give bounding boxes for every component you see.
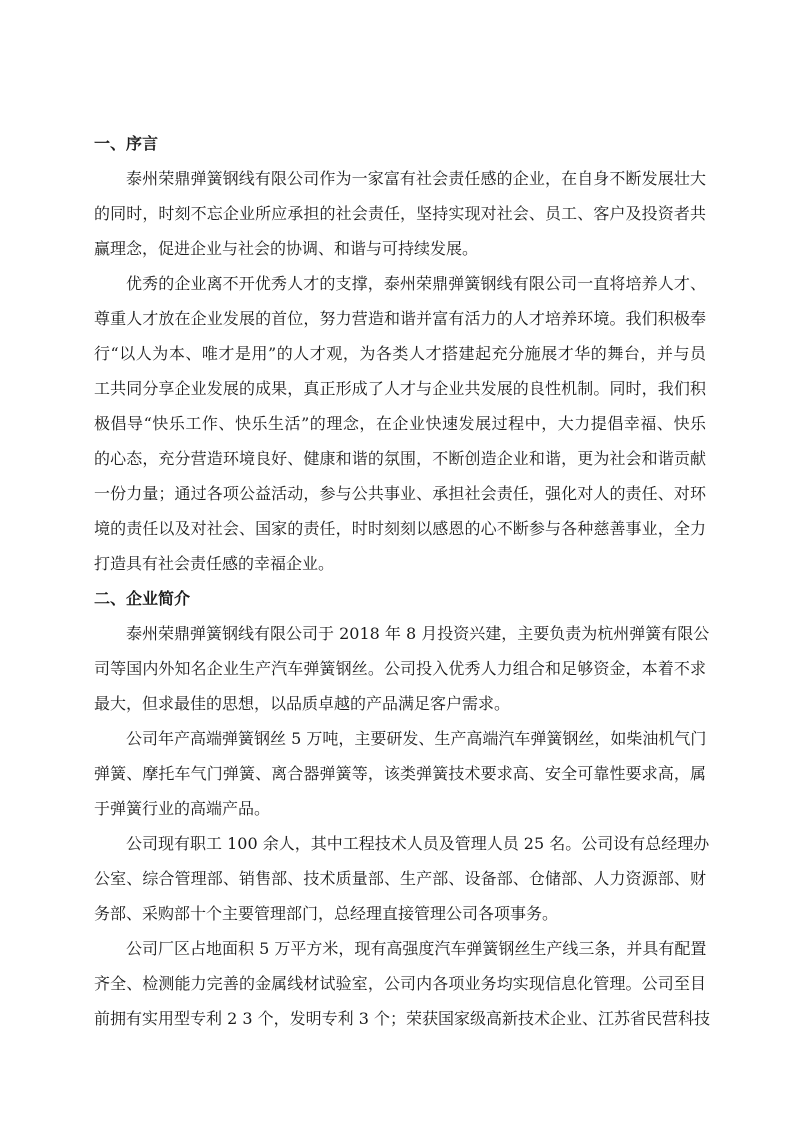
document-page: 一、序言 泰州荣鼎弹簧钢线有限公司作为一家富有社会责任感的企业，在自身不断发展壮…: [94, 126, 706, 1036]
text-line: 行“以人为本、唯才是用”的人才观，为各类人才搭建起充分施展才华的舞台，并与员: [94, 336, 706, 371]
profile-paragraph-3: 公司现有职工 100 余人，其中工程技术人员及管理人员 25 名。公司设有总经理…: [94, 826, 706, 931]
text-line: 的同时，时刻不忘企业所应承担的社会责任，坚持实现对社会、员工、客户及投资者共: [94, 196, 706, 231]
text-line: 公司厂区占地面积 5 万平方米，现有高强度汽车弹簧钢丝生产线三条，并具有配置: [94, 931, 706, 966]
text-line: 优秀的企业离不开优秀人才的支撑，泰州荣鼎弹簧钢线有限公司一直将培养人才、: [94, 266, 706, 301]
section-heading-preface: 一、序言: [94, 126, 706, 161]
profile-paragraph-2: 公司年产高端弹簧钢丝 5 万吨，主要研发、生产高端汽车弹簧钢丝，如柴油机气门 弹…: [94, 721, 706, 826]
text-line: 泰州荣鼎弹簧钢线有限公司作为一家富有社会责任感的企业，在自身不断发展壮大: [94, 161, 706, 196]
text-line: 弹簧、摩托车气门弹簧、离合器弹簧等，该类弹簧技术要求高、安全可靠性要求高，属: [94, 756, 706, 791]
text-line: 司等国内外知名企业生产汽车弹簧钢丝。公司投入优秀人力组合和足够资金，本着不求: [94, 651, 706, 686]
preface-paragraph-1: 泰州荣鼎弹簧钢线有限公司作为一家富有社会责任感的企业，在自身不断发展壮大 的同时…: [94, 161, 706, 266]
text-line: 一份力量；通过各项公益活动，参与公共事业、承担社会责任，强化对人的责任、对环: [94, 476, 706, 511]
text-line: 齐全、检测能力完善的金属线材试验室，公司内各项业务均实现信息化管理。公司至目: [94, 966, 706, 1001]
text-line: 最大，但求最佳的思想，以品质卓越的产品满足客户需求。: [94, 686, 706, 721]
text-line: 于弹簧行业的高端产品。: [94, 791, 706, 826]
text-line: 赢理念，促进企业与社会的协调、和谐与可持续发展。: [94, 231, 706, 266]
text-line: 工共同分享企业发展的成果，真正形成了人才与企业共发展的良性机制。同时，我们积: [94, 371, 706, 406]
text-line: 打造具有社会责任感的幸福企业。: [94, 546, 706, 581]
text-line: 公室、综合管理部、销售部、技术质量部、生产部、设备部、仓储部、人力资源部、财: [94, 861, 706, 896]
text-line: 公司现有职工 100 余人，其中工程技术人员及管理人员 25 名。公司设有总经理…: [94, 826, 706, 861]
text-line: 泰州荣鼎弹簧钢线有限公司于 2018 年 8 月投资兴建，主要负责为杭州弹簧有限…: [94, 616, 706, 651]
text-line: 公司年产高端弹簧钢丝 5 万吨，主要研发、生产高端汽车弹簧钢丝，如柴油机气门: [94, 721, 706, 756]
text-line: 境的责任以及对社会、国家的责任，时时刻刻以感恩的心不断参与各种慈善事业，全力: [94, 511, 706, 546]
preface-paragraph-2: 优秀的企业离不开优秀人才的支撑，泰州荣鼎弹簧钢线有限公司一直将培养人才、 尊重人…: [94, 266, 706, 581]
text-line: 前拥有实用型专利 2 3 个，发明专利 3 个；荣获国家级高新技术企业、江苏省民…: [94, 1001, 706, 1036]
profile-paragraph-4: 公司厂区占地面积 5 万平方米，现有高强度汽车弹簧钢丝生产线三条，并具有配置 齐…: [94, 931, 706, 1036]
text-line: 极倡导“快乐工作、快乐生活”的理念，在企业快速发展过程中，大力提倡幸福、快乐: [94, 406, 706, 441]
text-line: 的心态，充分营造环境良好、健康和谐的氛围，不断创造企业和谐，更为社会和谐贡献: [94, 441, 706, 476]
text-line: 尊重人才放在企业发展的首位，努力营造和谐并富有活力的人才培养环境。我们积极奉: [94, 301, 706, 336]
section-heading-company-profile: 二、企业简介: [94, 581, 706, 616]
text-line: 务部、采购部十个主要管理部门，总经理直接管理公司各项事务。: [94, 896, 706, 931]
profile-paragraph-1: 泰州荣鼎弹簧钢线有限公司于 2018 年 8 月投资兴建，主要负责为杭州弹簧有限…: [94, 616, 706, 721]
